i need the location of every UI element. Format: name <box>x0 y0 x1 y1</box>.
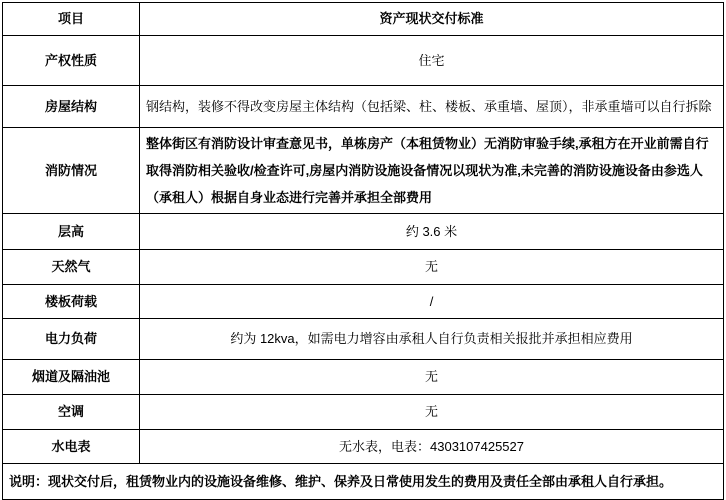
table-row: 空调 无 <box>3 395 724 430</box>
col-header-item: 项目 <box>3 3 140 36</box>
document-page: 项目 资产现状交付标准 产权性质 住宅 房屋结构 钢结构，装修不得改变房屋主体结… <box>0 0 726 500</box>
row-value-floor-height: 约 3.6 米 <box>140 214 724 250</box>
row-value-power-load: 约为 12kva，如需电力增容由承租人自行负责相关报批并承担相应费用 <box>140 319 724 360</box>
row-label-water-electric-meter: 水电表 <box>3 430 140 464</box>
row-label-floor-height: 层高 <box>3 214 140 250</box>
row-label-floor-load: 楼板荷载 <box>3 285 140 319</box>
table-row: 产权性质 住宅 <box>3 36 724 86</box>
row-label-property-rights: 产权性质 <box>3 36 140 86</box>
row-value-air-conditioning: 无 <box>140 395 724 430</box>
row-value-property-rights: 住宅 <box>140 36 724 86</box>
row-label-fire-safety: 消防情况 <box>3 128 140 214</box>
note-text: 说明：现状交付后，租赁物业内的设施设备维修、维护、保养及日常使用发生的费用及责任… <box>3 464 724 500</box>
row-value-fire-safety: 整体街区有消防设计审查意见书，单栋房产（本租赁物业）无消防审验手续,承租方在开业… <box>140 128 724 214</box>
table-row: 消防情况 整体街区有消防设计审查意见书，单栋房产（本租赁物业）无消防审验手续,承… <box>3 128 724 214</box>
row-value-natural-gas: 无 <box>140 250 724 285</box>
row-value-building-structure: 钢结构，装修不得改变房屋主体结构（包括梁、柱、楼板、承重墙、屋顶），非承重墙可以… <box>140 86 724 128</box>
note-row: 说明：现状交付后，租赁物业内的设施设备维修、维护、保养及日常使用发生的费用及责任… <box>3 464 724 500</box>
table-row: 烟道及隔油池 无 <box>3 360 724 395</box>
delivery-standard-table: 项目 资产现状交付标准 产权性质 住宅 房屋结构 钢结构，装修不得改变房屋主体结… <box>2 2 724 500</box>
row-value-water-electric-meter: 无水表，电表：4303107425527 <box>140 430 724 464</box>
table-row: 天然气 无 <box>3 250 724 285</box>
table-row: 层高 约 3.6 米 <box>3 214 724 250</box>
row-label-flue-grease-trap: 烟道及隔油池 <box>3 360 140 395</box>
row-label-building-structure: 房屋结构 <box>3 86 140 128</box>
table-row: 楼板荷载 / <box>3 285 724 319</box>
table-row: 水电表 无水表，电表：4303107425527 <box>3 430 724 464</box>
row-label-air-conditioning: 空调 <box>3 395 140 430</box>
row-value-floor-load: / <box>140 285 724 319</box>
header-row: 项目 资产现状交付标准 <box>3 3 724 36</box>
row-value-flue-grease-trap: 无 <box>140 360 724 395</box>
table-row: 电力负荷 约为 12kva，如需电力增容由承租人自行负责相关报批并承担相应费用 <box>3 319 724 360</box>
row-label-natural-gas: 天然气 <box>3 250 140 285</box>
row-label-power-load: 电力负荷 <box>3 319 140 360</box>
col-header-standard: 资产现状交付标准 <box>140 3 724 36</box>
table-row: 房屋结构 钢结构，装修不得改变房屋主体结构（包括梁、柱、楼板、承重墙、屋顶），非… <box>3 86 724 128</box>
